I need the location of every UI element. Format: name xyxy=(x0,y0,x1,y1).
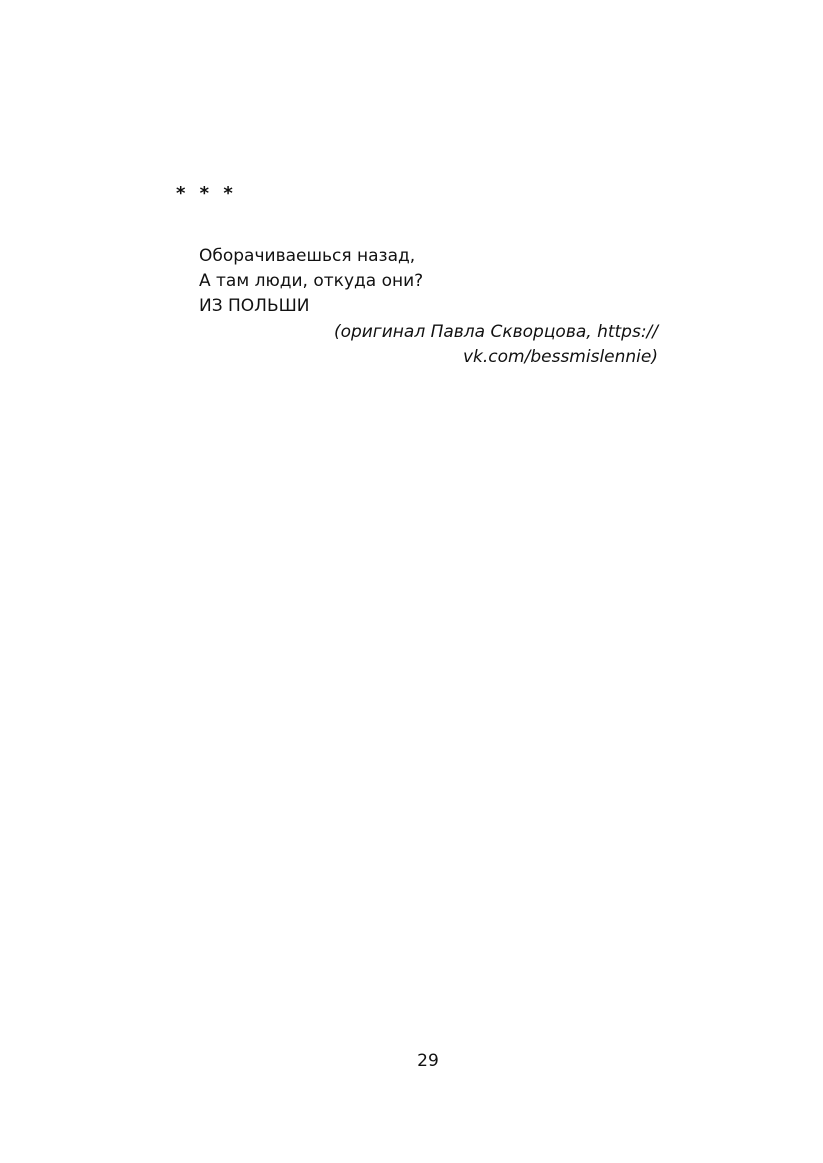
page-number: 29 xyxy=(0,1050,823,1072)
poem-line: ИЗ ПОЛЬШИ xyxy=(199,294,423,319)
section-separator: * * * xyxy=(176,184,237,204)
poem-line: Оборачиваешься назад, xyxy=(199,244,423,269)
attribution: (оригинал Павла Скворцова, https:// vk.c… xyxy=(330,320,658,370)
attribution-line: vk.com/bessmislennie) xyxy=(330,345,658,370)
attribution-line: (оригинал Павла Скворцова, https:// xyxy=(330,320,658,345)
poem: Оборачиваешься назад, А там люди, откуда… xyxy=(199,244,423,319)
poem-line: А там люди, откуда они? xyxy=(199,269,423,294)
